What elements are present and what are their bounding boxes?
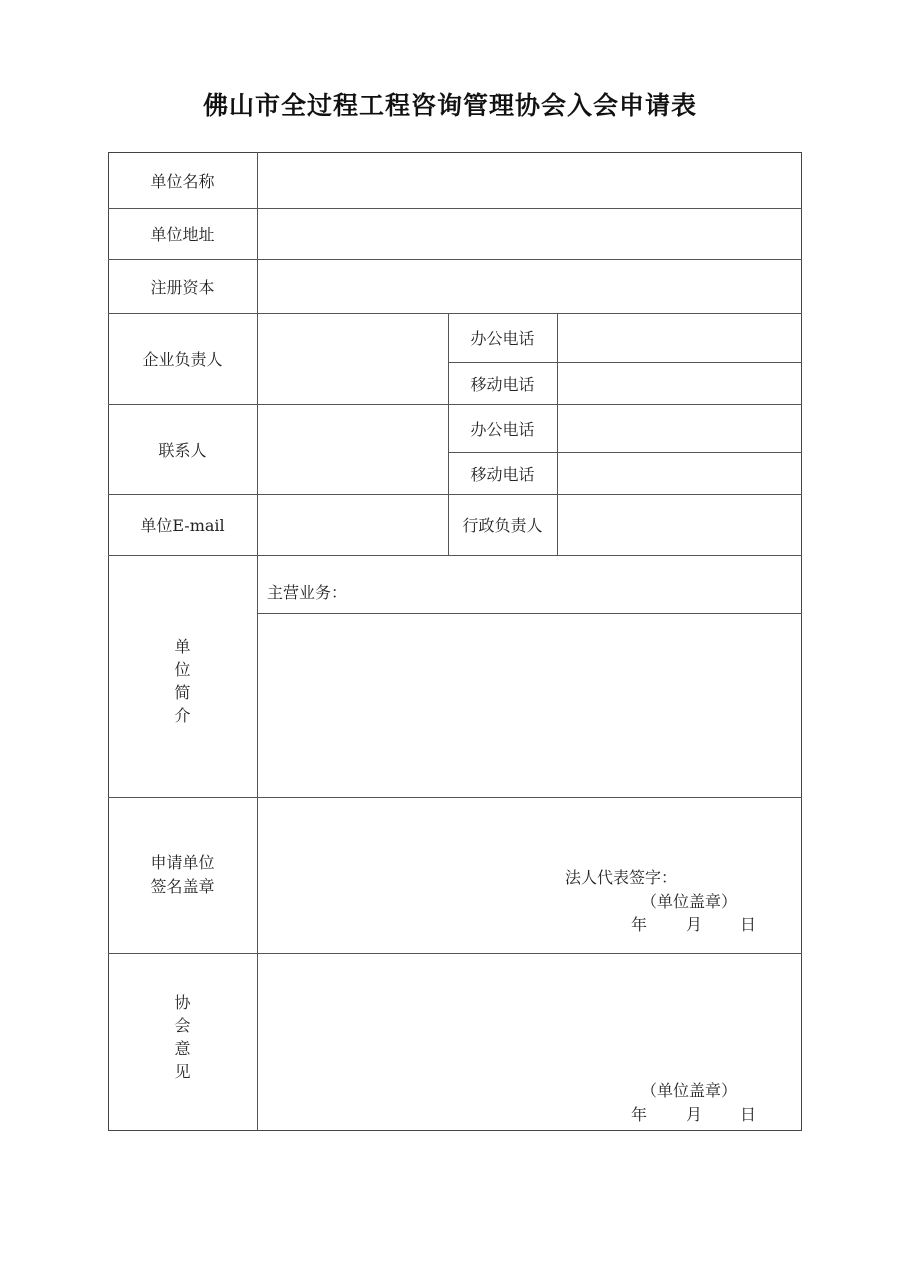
applicant-signature-label-line: 签名盖章 xyxy=(150,875,214,899)
unit-name-label: 单位名称 xyxy=(108,152,257,208)
contact-office-phone-label: 办公电话 xyxy=(448,404,557,452)
association-opinion-label-char: 意 xyxy=(174,1037,190,1060)
association-opinion-label-char: 协 xyxy=(174,991,190,1014)
admin-leader-field[interactable] xyxy=(557,494,802,555)
main-business-field[interactable] xyxy=(350,556,802,613)
applicant-signature-area[interactable] xyxy=(257,797,802,953)
contact-person-field[interactable] xyxy=(257,404,448,494)
leader-office-phone-label: 办公电话 xyxy=(448,313,557,362)
leader-office-phone-field[interactable] xyxy=(557,313,802,362)
page-title: 佛山市全过程工程咨询管理协会入会申请表 xyxy=(0,86,900,122)
association-opinion-label: 协 会 意 见 xyxy=(108,953,257,1131)
association-opinion-label-char: 见 xyxy=(174,1060,190,1083)
unit-email-field[interactable] xyxy=(257,494,448,555)
contact-office-phone-field[interactable] xyxy=(557,404,802,452)
leader-mobile-phone-label: 移动电话 xyxy=(448,362,557,404)
contact-mobile-phone-field[interactable] xyxy=(557,452,802,494)
unit-profile-label: 单 位 简 介 xyxy=(108,555,257,797)
main-business-label: 主营业务： xyxy=(267,580,347,603)
applicant-signature-label: 申请单位 签名盖章 xyxy=(108,797,257,953)
registered-capital-field[interactable] xyxy=(257,259,802,313)
date-day-label: 日 xyxy=(740,912,756,935)
date-month-label: 月 xyxy=(686,912,702,935)
contact-mobile-phone-label: 移动电话 xyxy=(448,452,557,494)
leader-mobile-phone-field[interactable] xyxy=(557,362,802,404)
unit-profile-label-char: 位 xyxy=(174,658,190,681)
enterprise-leader-label: 企业负责人 xyxy=(108,313,257,404)
unit-profile-label-char: 单 xyxy=(174,635,190,658)
unit-email-label: 单位E-mail xyxy=(108,494,257,555)
applicant-signature-label-line: 申请单位 xyxy=(150,851,214,875)
unit-address-label: 单位地址 xyxy=(108,208,257,259)
association-opinion-area[interactable] xyxy=(257,953,802,1131)
association-date-month-label: 月 xyxy=(686,1102,702,1125)
unit-address-field[interactable] xyxy=(257,208,802,259)
unit-seal-label: （单位盖章） xyxy=(641,889,737,912)
unit-profile-field[interactable] xyxy=(257,614,802,797)
association-opinion-label-char: 会 xyxy=(174,1014,190,1037)
enterprise-leader-field[interactable] xyxy=(257,313,448,404)
date-year-label: 年 xyxy=(631,912,647,935)
legal-rep-signature-label: 法人代表签字： xyxy=(565,865,677,888)
unit-name-field[interactable] xyxy=(257,152,802,208)
registered-capital-label: 注册资本 xyxy=(108,259,257,313)
association-seal-label: （单位盖章） xyxy=(641,1078,737,1101)
admin-leader-label: 行政负责人 xyxy=(448,494,557,555)
unit-profile-label-char: 介 xyxy=(174,704,190,727)
unit-profile-label-char: 简 xyxy=(174,681,190,704)
association-date-day-label: 日 xyxy=(740,1102,756,1125)
contact-person-label: 联系人 xyxy=(108,404,257,494)
association-date-year-label: 年 xyxy=(631,1102,647,1125)
